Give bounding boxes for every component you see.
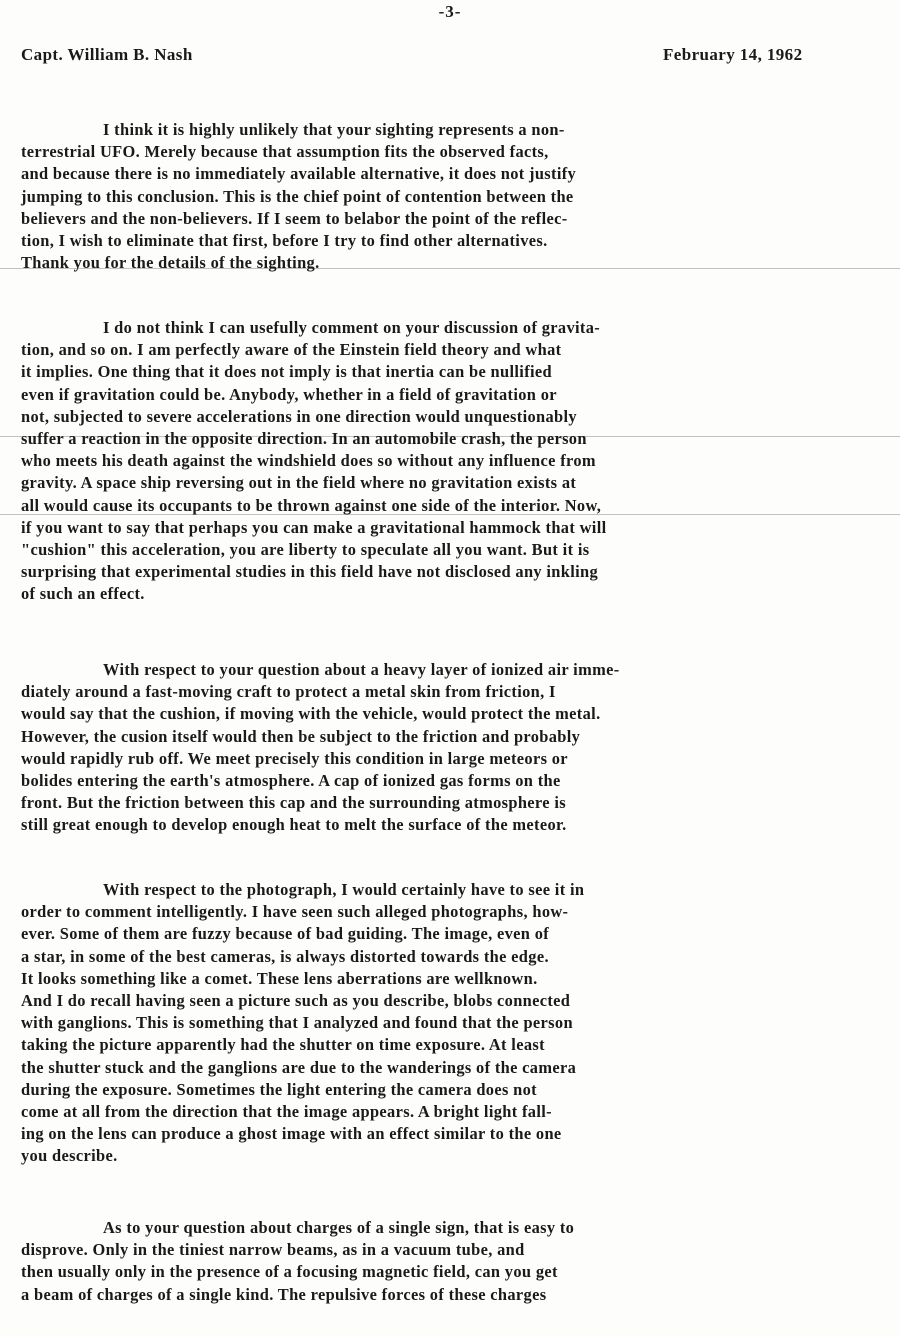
- text-line: believers and the non-believers. If I se…: [21, 209, 568, 229]
- text-line: during the exposure. Sometimes the light…: [21, 1080, 537, 1100]
- text-line: with ganglions. This is something that I…: [21, 1013, 573, 1033]
- page-number: -3-: [0, 2, 900, 22]
- text-line: Thank you for the details of the sightin…: [21, 253, 320, 273]
- text-line: come at all from the direction that the …: [21, 1102, 552, 1122]
- text-line: With respect to the photograph, I would …: [103, 880, 584, 900]
- text-line: As to your question about charges of a s…: [103, 1218, 574, 1238]
- text-line: surprising that experimental studies in …: [21, 562, 598, 582]
- recipient-name: Capt. William B. Nash: [21, 45, 193, 65]
- text-line: a star, in some of the best cameras, is …: [21, 947, 549, 967]
- text-line: "cushion" this acceleration, you are lib…: [21, 540, 589, 560]
- text-line: front. But the friction between this cap…: [21, 793, 566, 813]
- text-line: and because there is no immediately avai…: [21, 164, 576, 184]
- text-line: With respect to your question about a he…: [103, 660, 620, 680]
- text-line: even if gravitation could be. Anybody, w…: [21, 385, 557, 405]
- text-line: would rapidly rub off. We meet precisely…: [21, 749, 568, 769]
- text-line: And I do recall having seen a picture su…: [21, 991, 570, 1011]
- text-line: if you want to say that perhaps you can …: [21, 518, 607, 538]
- text-line: I do not think I can usefully comment on…: [103, 318, 600, 338]
- text-line: it implies. One thing that it does not i…: [21, 362, 552, 382]
- text-line: order to comment intelligently. I have s…: [21, 902, 568, 922]
- text-line: all would cause its occupants to be thro…: [21, 496, 601, 516]
- text-line: taking the picture apparently had the sh…: [21, 1035, 545, 1055]
- text-line: ever. Some of them are fuzzy because of …: [21, 924, 549, 944]
- text-line: of such an effect.: [21, 584, 145, 604]
- text-line: disprove. Only in the tiniest narrow bea…: [21, 1240, 525, 1260]
- text-line: gravity. A space ship reversing out in t…: [21, 473, 576, 493]
- text-line: diately around a fast-moving craft to pr…: [21, 682, 556, 702]
- text-line: who meets his death against the windshie…: [21, 451, 596, 471]
- document-page: -3- Capt. William B. Nash February 14, 1…: [0, 0, 900, 1336]
- text-line: tion, I wish to eliminate that first, be…: [21, 231, 548, 251]
- text-line: a beam of charges of a single kind. The …: [21, 1285, 546, 1305]
- text-line: terrestrial UFO. Merely because that ass…: [21, 142, 549, 162]
- text-line: still great enough to develop enough hea…: [21, 815, 567, 835]
- letter-date: February 14, 1962: [663, 45, 802, 65]
- text-line: It looks something like a comet. These l…: [21, 969, 538, 989]
- text-line: I think it is highly unlikely that your …: [103, 120, 565, 140]
- text-line: bolides entering the earth's atmosphere.…: [21, 771, 561, 791]
- text-line: not, subjected to severe accelerations i…: [21, 407, 577, 427]
- text-line: the shutter stuck and the ganglions are …: [21, 1058, 576, 1078]
- text-line: you describe.: [21, 1146, 118, 1166]
- text-line: tion, and so on. I am perfectly aware of…: [21, 340, 561, 360]
- text-line: However, the cusion itself would then be…: [21, 727, 580, 747]
- text-line: suffer a reaction in the opposite direct…: [21, 429, 587, 449]
- text-line: would say that the cushion, if moving wi…: [21, 704, 601, 724]
- text-line: then usually only in the presence of a f…: [21, 1262, 558, 1282]
- text-line: jumping to this conclusion. This is the …: [21, 187, 574, 207]
- text-line: ing on the lens can produce a ghost imag…: [21, 1124, 562, 1144]
